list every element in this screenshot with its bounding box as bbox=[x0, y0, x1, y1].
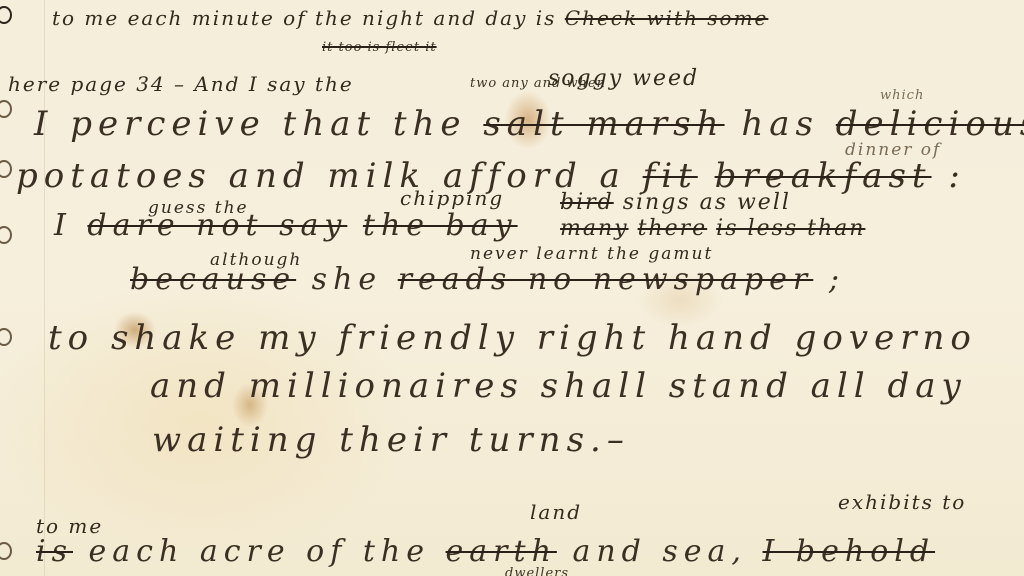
manuscript-line-7: to shake my friendly right hand governo bbox=[48, 318, 977, 358]
line-text: to shake my friendly right hand governo bbox=[48, 318, 977, 358]
line-text: has bbox=[741, 104, 819, 144]
struck-text: is less than bbox=[716, 216, 865, 241]
struck-text: I behold bbox=[763, 534, 936, 569]
margin-mark bbox=[0, 6, 12, 24]
insertion-line-3: which bbox=[880, 88, 924, 103]
line-2-trailing: soggy weed bbox=[548, 66, 699, 91]
line-text: sings as well bbox=[623, 190, 791, 215]
line-text: to me each minute of the night and day i… bbox=[52, 6, 556, 30]
struck-text: earth bbox=[446, 534, 557, 569]
margin-mark bbox=[0, 226, 12, 244]
line-text: : bbox=[948, 156, 965, 196]
struck-text: delicious bbox=[836, 104, 1024, 144]
manuscript-line-3: I perceive that the salt marsh has delic… bbox=[34, 104, 1024, 144]
insertion-line-10c: exhibits to bbox=[838, 490, 966, 514]
line-text: I bbox=[54, 208, 72, 243]
line-text: soggy weed bbox=[548, 66, 699, 91]
insertion-line-10b: land bbox=[530, 500, 582, 524]
margin-mark bbox=[0, 100, 12, 118]
line-text: potatoes and milk afford a bbox=[16, 156, 626, 196]
struck-text: because bbox=[130, 262, 296, 297]
line-text: she bbox=[312, 262, 382, 297]
struck-text: many bbox=[560, 216, 629, 241]
manuscript-line-1: to me each minute of the night and day i… bbox=[52, 6, 768, 30]
insertion-line-5b: chipping bbox=[400, 186, 504, 210]
manuscript-line-6: because she reads no newspaper ; bbox=[130, 262, 845, 297]
insertion-text: which bbox=[880, 88, 924, 103]
line-text: and sea, bbox=[572, 534, 747, 569]
insertion-line-1: it too is fleet it bbox=[322, 40, 437, 55]
insertion-text: dinner of bbox=[845, 140, 941, 160]
line-text: dwellers bbox=[505, 566, 569, 576]
manuscript-line-8: and millionaires shall stand all day bbox=[150, 366, 967, 406]
line-text: and millionaires shall stand all day bbox=[150, 366, 967, 406]
margin-mark bbox=[0, 328, 12, 346]
insertion-line-6b: never learnt the gamut bbox=[470, 244, 713, 264]
insertion-text: it too is fleet it bbox=[322, 40, 437, 55]
struck-text: reads no newspaper bbox=[398, 262, 814, 297]
line-text: each acre of the bbox=[89, 534, 430, 569]
manuscript-line-5b: many there is less than bbox=[560, 216, 865, 241]
manuscript-page: to me each minute of the night and day i… bbox=[0, 0, 1024, 576]
insertion-text: exhibits to bbox=[838, 490, 966, 514]
margin-mark bbox=[0, 542, 12, 560]
manuscript-line-5-right: bird sings as well bbox=[560, 190, 791, 215]
struck-text: salt marsh bbox=[483, 104, 724, 144]
struck-text: dare not say bbox=[87, 208, 347, 243]
manuscript-line-9: waiting their turns.– bbox=[152, 420, 630, 460]
margin-mark bbox=[0, 160, 12, 178]
manuscript-line-10: is each acre of the earth and sea, I beh… bbox=[36, 534, 935, 569]
manuscript-line-5: I dare not say the bay bbox=[54, 208, 518, 243]
manuscript-line-11-partial: dwellers bbox=[505, 566, 569, 576]
struck-text: is bbox=[36, 534, 73, 569]
struck-text: Check with some bbox=[565, 6, 769, 30]
line-text: ; bbox=[829, 262, 845, 297]
struck-text: bird bbox=[560, 190, 614, 215]
line-text: waiting their turns.– bbox=[152, 420, 630, 460]
line-text: here page 34 – And I say the bbox=[8, 72, 354, 96]
line-text: I perceive that the bbox=[34, 104, 467, 144]
insertion-text: never learnt the gamut bbox=[470, 244, 713, 264]
manuscript-line-2: here page 34 – And I say the bbox=[8, 72, 354, 96]
struck-text: there bbox=[638, 216, 708, 241]
insertion-line-4: dinner of bbox=[845, 140, 941, 160]
struck-text: the bay bbox=[363, 208, 518, 243]
insertion-text: land bbox=[530, 500, 582, 524]
insertion-text: chipping bbox=[400, 186, 504, 210]
